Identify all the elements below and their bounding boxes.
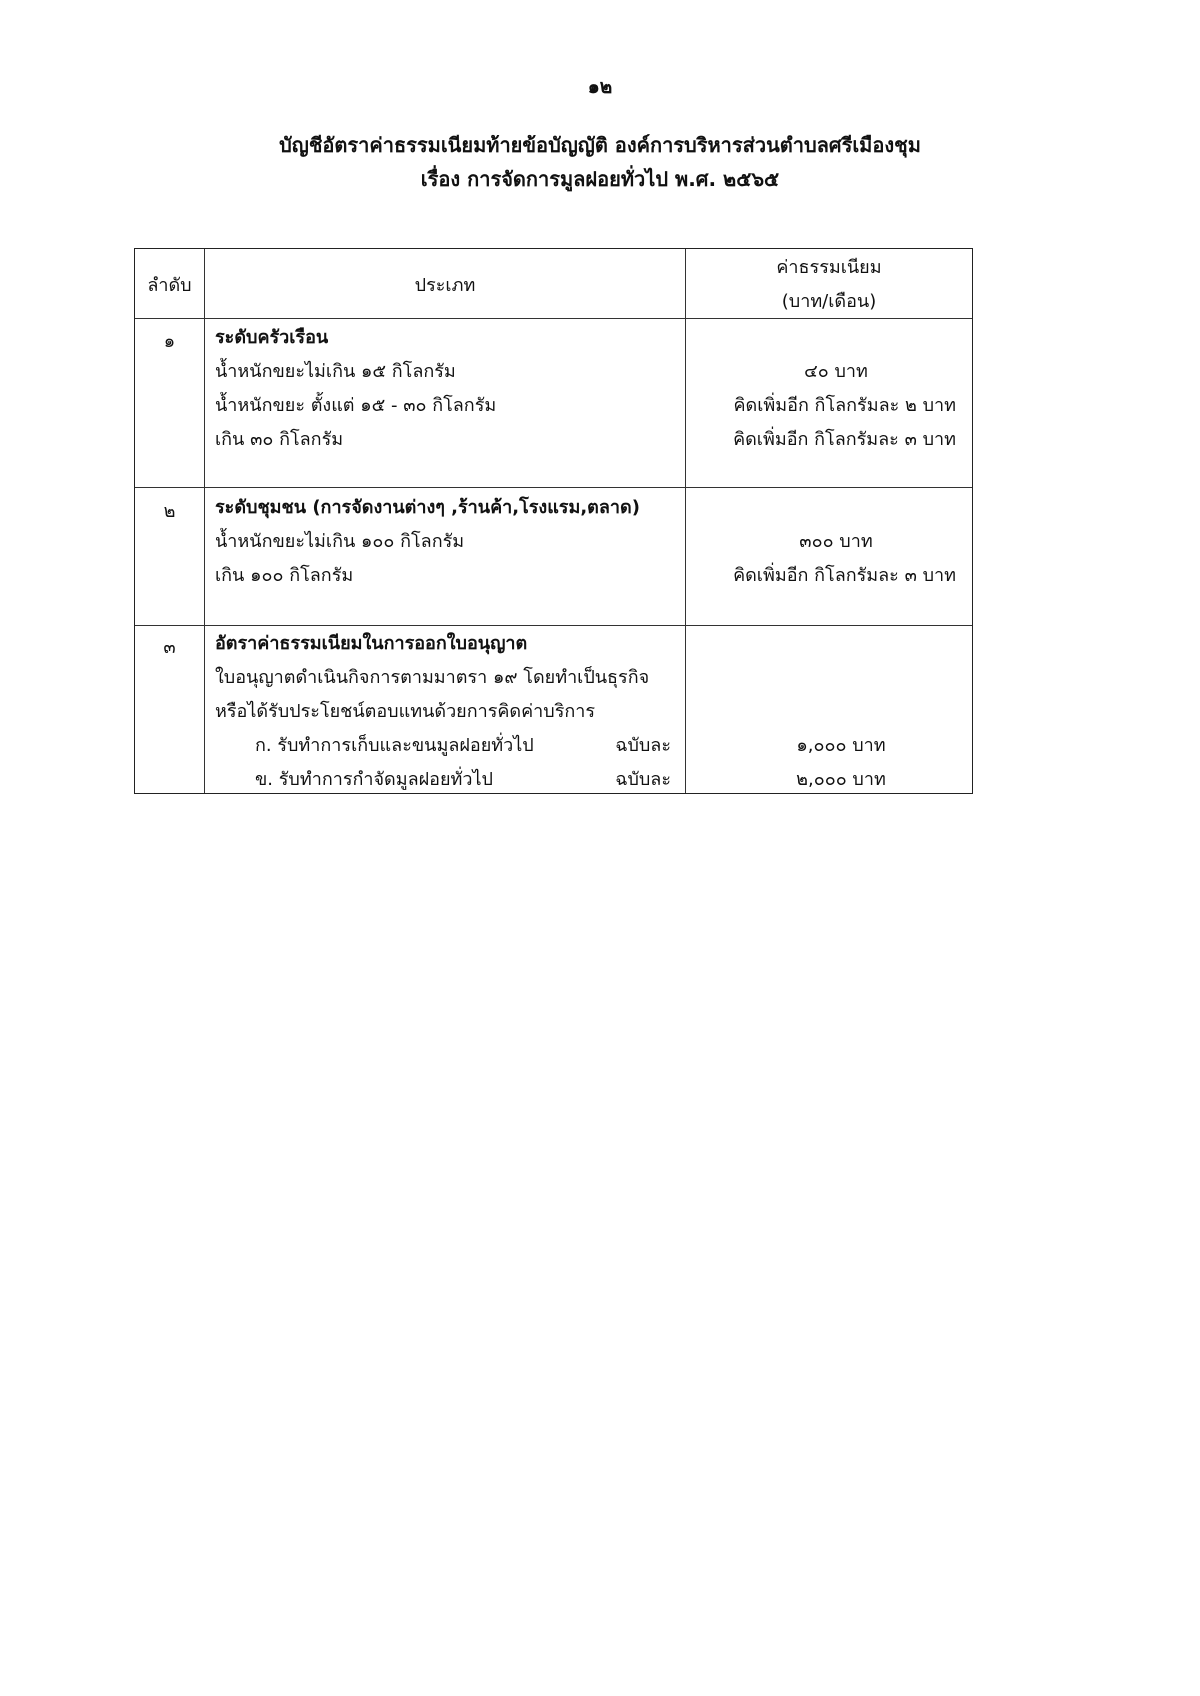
row-item-desc: เกิน ๓๐ กิโลกรัม: [215, 423, 685, 457]
row-sub-item: ก. รับทำการเก็บและขนมูลฝอยทั่วไป ฉบับละ: [215, 729, 685, 763]
row-item-desc: น้ำหนักขยะไม่เกิน ๑๐๐ กิโลกรัม: [215, 525, 685, 559]
fee-table: ลำดับ ประเภท ค่าธรรมเนียม (บาท/เดือน) ๑ …: [134, 248, 973, 794]
row-divider: [135, 625, 972, 626]
document-title-line-2: เรื่อง การจัดการมูลฝอยทั่วไป พ.ศ. ๒๕๖๕: [0, 164, 1200, 194]
row-item-fee: คิดเพิ่มอีก กิโลกรัมละ ๓ บาท: [686, 423, 956, 457]
row-fee: ๔๐ บาท คิดเพิ่มอีก กิโลกรัมละ ๒ บาท คิดเ…: [686, 355, 956, 457]
row-no: ๓: [135, 631, 204, 665]
row-item-desc: น้ำหนักขยะไม่เกิน ๑๕ กิโลกรัม: [215, 355, 685, 389]
row-item-fee: ๓๐๐ บาท: [686, 525, 956, 559]
row-heading: ระดับครัวเรือน: [215, 321, 685, 355]
row-divider: [135, 487, 972, 488]
row-item-fee: ๒,๐๐๐ บาท: [706, 763, 976, 797]
row-item-fee: คิดเพิ่มอีก กิโลกรัมละ ๓ บาท: [686, 559, 956, 593]
row-item-desc: น้ำหนักขยะ ตั้งแต่ ๑๕ - ๓๐ กิโลกรัม: [215, 389, 685, 423]
row-no: ๒: [135, 495, 204, 529]
row-fee: ๓๐๐ บาท คิดเพิ่มอีก กิโลกรัมละ ๓ บาท: [686, 525, 956, 593]
header-fee-line-2: (บาท/เดือน): [686, 285, 972, 319]
row-heading: ระดับชุมชน (การจัดงานต่างๆ ,ร้านค้า,โรงแ…: [215, 491, 685, 525]
row-sub-item: ข. รับทำการกำจัดมูลฝอยทั่วไป ฉบับละ: [215, 763, 685, 797]
row-item-fee: คิดเพิ่มอีก กิโลกรัมละ ๒ บาท: [686, 389, 956, 423]
header-fee-line-1: ค่าธรรมเนียม: [686, 251, 972, 285]
row-fee: ๑,๐๐๐ บาท ๒,๐๐๐ บาท: [686, 729, 976, 797]
header-no: ลำดับ: [135, 269, 204, 303]
row-item-unit: ฉบับละ: [615, 729, 671, 763]
row-type: ระดับครัวเรือน น้ำหนักขยะไม่เกิน ๑๕ กิโล…: [215, 321, 685, 457]
column-divider: [685, 249, 686, 793]
header-fee: ค่าธรรมเนียม (บาท/เดือน): [686, 251, 972, 319]
row-item-desc: เกิน ๑๐๐ กิโลกรัม: [215, 559, 685, 593]
document-title-line-1: บัญชีอัตราค่าธรรมเนียมท้ายข้อบัญญัติ องค…: [0, 130, 1200, 160]
header-type: ประเภท: [205, 269, 685, 303]
row-item-fee: ๑,๐๐๐ บาท: [706, 729, 976, 763]
row-item-desc: ข. รับทำการกำจัดมูลฝอยทั่วไป: [255, 763, 493, 797]
column-divider: [204, 249, 205, 793]
row-type: อัตราค่าธรรมเนียมในการออกใบอนุญาต ใบอนุญ…: [215, 627, 685, 797]
row-no: ๑: [135, 325, 204, 359]
row-desc-line: ใบอนุญาตดำเนินกิจการตามมาตรา ๑๙ โดยทำเป็…: [215, 661, 685, 695]
row-type: ระดับชุมชน (การจัดงานต่างๆ ,ร้านค้า,โรงแ…: [215, 491, 685, 593]
page-number: ๑๒: [0, 72, 1200, 102]
row-item-unit: ฉบับละ: [615, 763, 671, 797]
row-desc-line: หรือได้รับประโยชน์ตอบแทนด้วยการคิดค่าบริ…: [215, 695, 685, 729]
row-item-desc: ก. รับทำการเก็บและขนมูลฝอยทั่วไป: [255, 729, 534, 763]
row-item-fee: ๔๐ บาท: [686, 355, 956, 389]
row-heading: อัตราค่าธรรมเนียมในการออกใบอนุญาต: [215, 627, 685, 661]
